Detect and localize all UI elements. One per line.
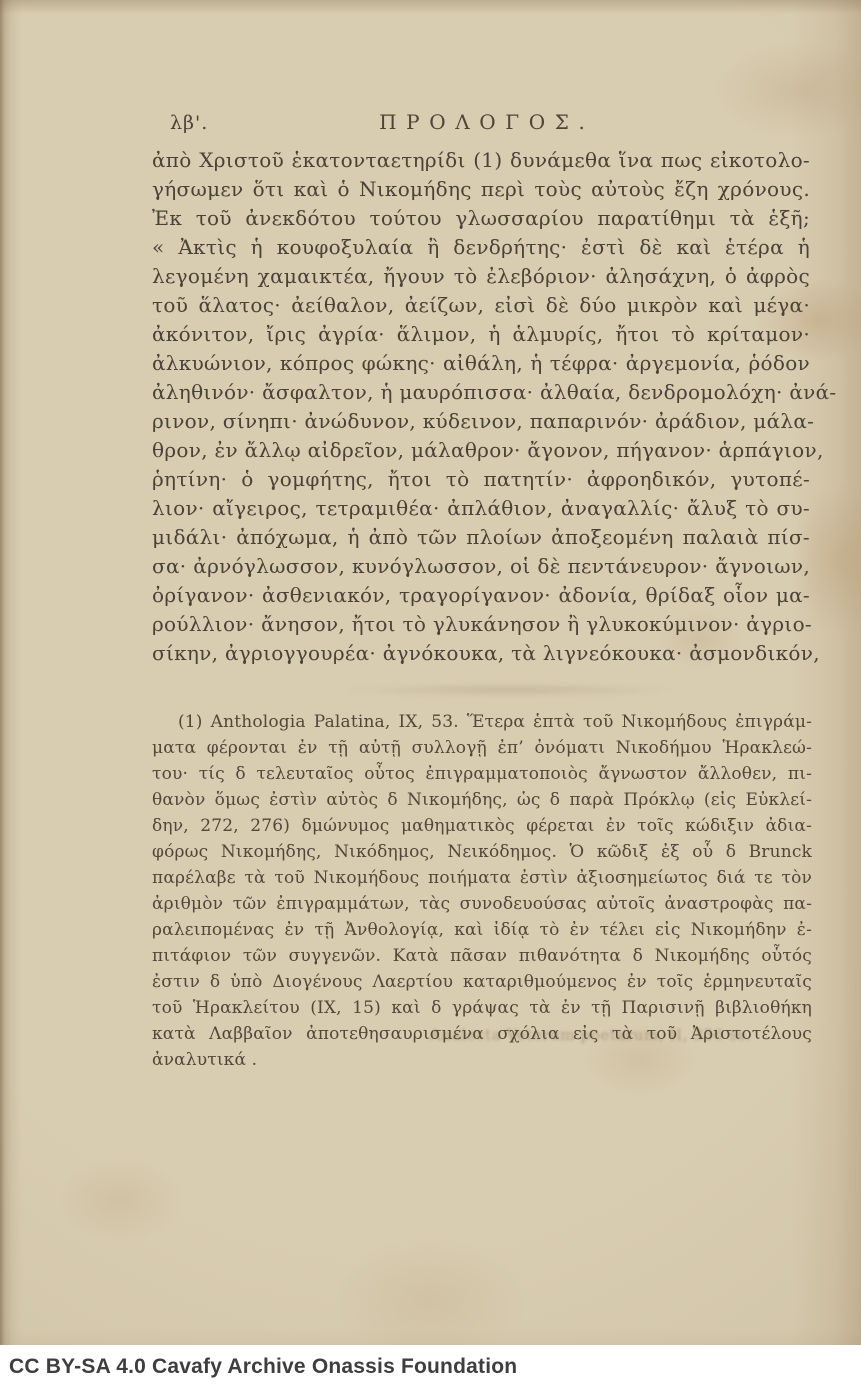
text-line: γήσωμεν ὅτι καὶ ὁ Νικομήδης περὶ τοὺς αὐ…: [152, 175, 810, 204]
footnote-line: ἐστιν δ ὑπὸ Διογένους Λαερτίου καταριθμο…: [152, 969, 812, 995]
text-line: ρούλλιον· ἄνησον, ἤτοι τὸ γλυκάνησον ἢ γ…: [152, 610, 810, 639]
main-text-block: ἀπὸ Χριστοῦ ἑκατονταετηρίδι (1) δυνάμεθα…: [152, 146, 810, 668]
text-line: ἀπὸ Χριστοῦ ἑκατονταετηρίδι (1) δυνάμεθα…: [152, 146, 810, 175]
ink-smudge: [300, 682, 720, 698]
footnote-block: (1) Anthologia Palatina, IX, 53. Ἕτερα ἑ…: [152, 709, 812, 1073]
footnote-line: του· τίς δ τελευταῖος οὗτος ἐπιγραμματοπ…: [152, 761, 812, 787]
text-line: ρινον, σίνηπι· ἀνώδυνον, κύδεινον, παπαρ…: [152, 407, 810, 436]
footnote-line: δην, 272, 276) δμώνυμος μαθηματικὸς φέρε…: [152, 813, 812, 839]
text-line: λεγομένη χαμαικτέα, ἤγουν τὸ ἐλεβόριον· …: [152, 262, 810, 291]
show-through-text: Analecta Veterum poetarum, II, 356 ss.: [430, 1026, 790, 1044]
footnote-line: ἀναλυτικά .: [152, 1047, 812, 1073]
text-line: μιδάλι· ἀπόχωμα, ἡ ἀπὸ τῶν πλοίων ἀποξεο…: [152, 523, 810, 552]
footnote-line: ἀριθμὸν τῶν ἐπιγραμμάτων, τὰς συνοδευούσ…: [152, 891, 812, 917]
text-line: ὀρίγανον· ἀσθενιακόν, τραγορίγανον· ἀδον…: [152, 581, 810, 610]
text-line: « Ἀκτὶς ἡ κουφοξυλαία ἢ δενδρήτης· ἐστὶ …: [152, 233, 810, 262]
footnote-line: ραλειπομένας ἐν τῇ Ἀνθολογίᾳ, καὶ ἰδίᾳ τ…: [152, 917, 812, 943]
text-line: Ἐκ τοῦ ἀνεκδότου τούτου γλωσσαρίου παρατ…: [152, 204, 810, 233]
footnote-line: φόρως Νικομήδης, Νικόδημος, Νεικόδημος. …: [152, 839, 812, 865]
scanned-book-page: λβ'. ΠΡΟΛΟΓΟΣ. ἀπὸ Χριστοῦ ἑκατονταετηρί…: [0, 0, 861, 1388]
text-line: σίκην, ἀγριογγουρέα· ἀγνόκουκα, τὰ λιγνε…: [152, 639, 810, 668]
footnote-line: πιτάφιον τῶν συγγενῶν. Κατὰ πᾶσαν πιθανό…: [152, 943, 812, 969]
page-header: λβ'. ΠΡΟΛΟΓΟΣ.: [152, 110, 812, 138]
footnote-line: ματα φέρονται ἐν τῇ αὐτῇ συλλογῇ ἐπ’ ὀνό…: [152, 735, 812, 761]
footnote-line: παρέλαβε τὰ τοῦ Νικομήδους ποιήματα ἐστὶ…: [152, 865, 812, 891]
attribution-text: CC BY-SA 4.0 Cavafy Archive Onassis Foun…: [9, 1355, 517, 1379]
text-line: ῥητίνη· ὁ γομφήτης, ἤτοι τὸ πατητίν· ἀφρ…: [152, 465, 810, 494]
footnote-line: τοῦ Ἡρακλείτου (IX, 15) καὶ δ γράψας τὰ …: [152, 995, 812, 1021]
text-line: θρον, ἐν ἄλλῳ αἰδρεῖον, μάλαθρον· ἄγονον…: [152, 436, 810, 465]
text-line: τοῦ ἅλατος· ἀείθαλον, ἀείζων, εἰσὶ δὲ δύ…: [152, 291, 810, 320]
page-title: ΠΡΟΛΟΓΟΣ.: [152, 110, 812, 134]
footnote-line: (1) Anthologia Palatina, IX, 53. Ἕτερα ἑ…: [152, 709, 812, 735]
footnote-line: θανὸν ὅμως ἐστὶν αὐτὸς δ Νικομήδης, ὡς δ…: [152, 787, 812, 813]
text-line: ἀλκυώνιον, κόπρος φώκης· αἰθάλη, ἡ τέφρα…: [152, 349, 810, 378]
text-line: σα· ἀρνόγλωσσον, κυνόγλωσσον, οἱ δὲ πεντ…: [152, 552, 810, 581]
text-line: ἀκόνιτον, ἴρις ἀγρία· ἅλιμον, ἡ ἁλμυρίς,…: [152, 320, 810, 349]
license-attribution-bar: CC BY-SA 4.0 Cavafy Archive Onassis Foun…: [0, 1345, 861, 1388]
text-line: ἀληθινόν· ἄσφαλτον, ἡ μαυρόπισσα· ἀλθαία…: [152, 378, 810, 407]
text-line: λιον· αἴγειρος, τετραμιθέα· ἀπλάθιον, ἀν…: [152, 494, 810, 523]
